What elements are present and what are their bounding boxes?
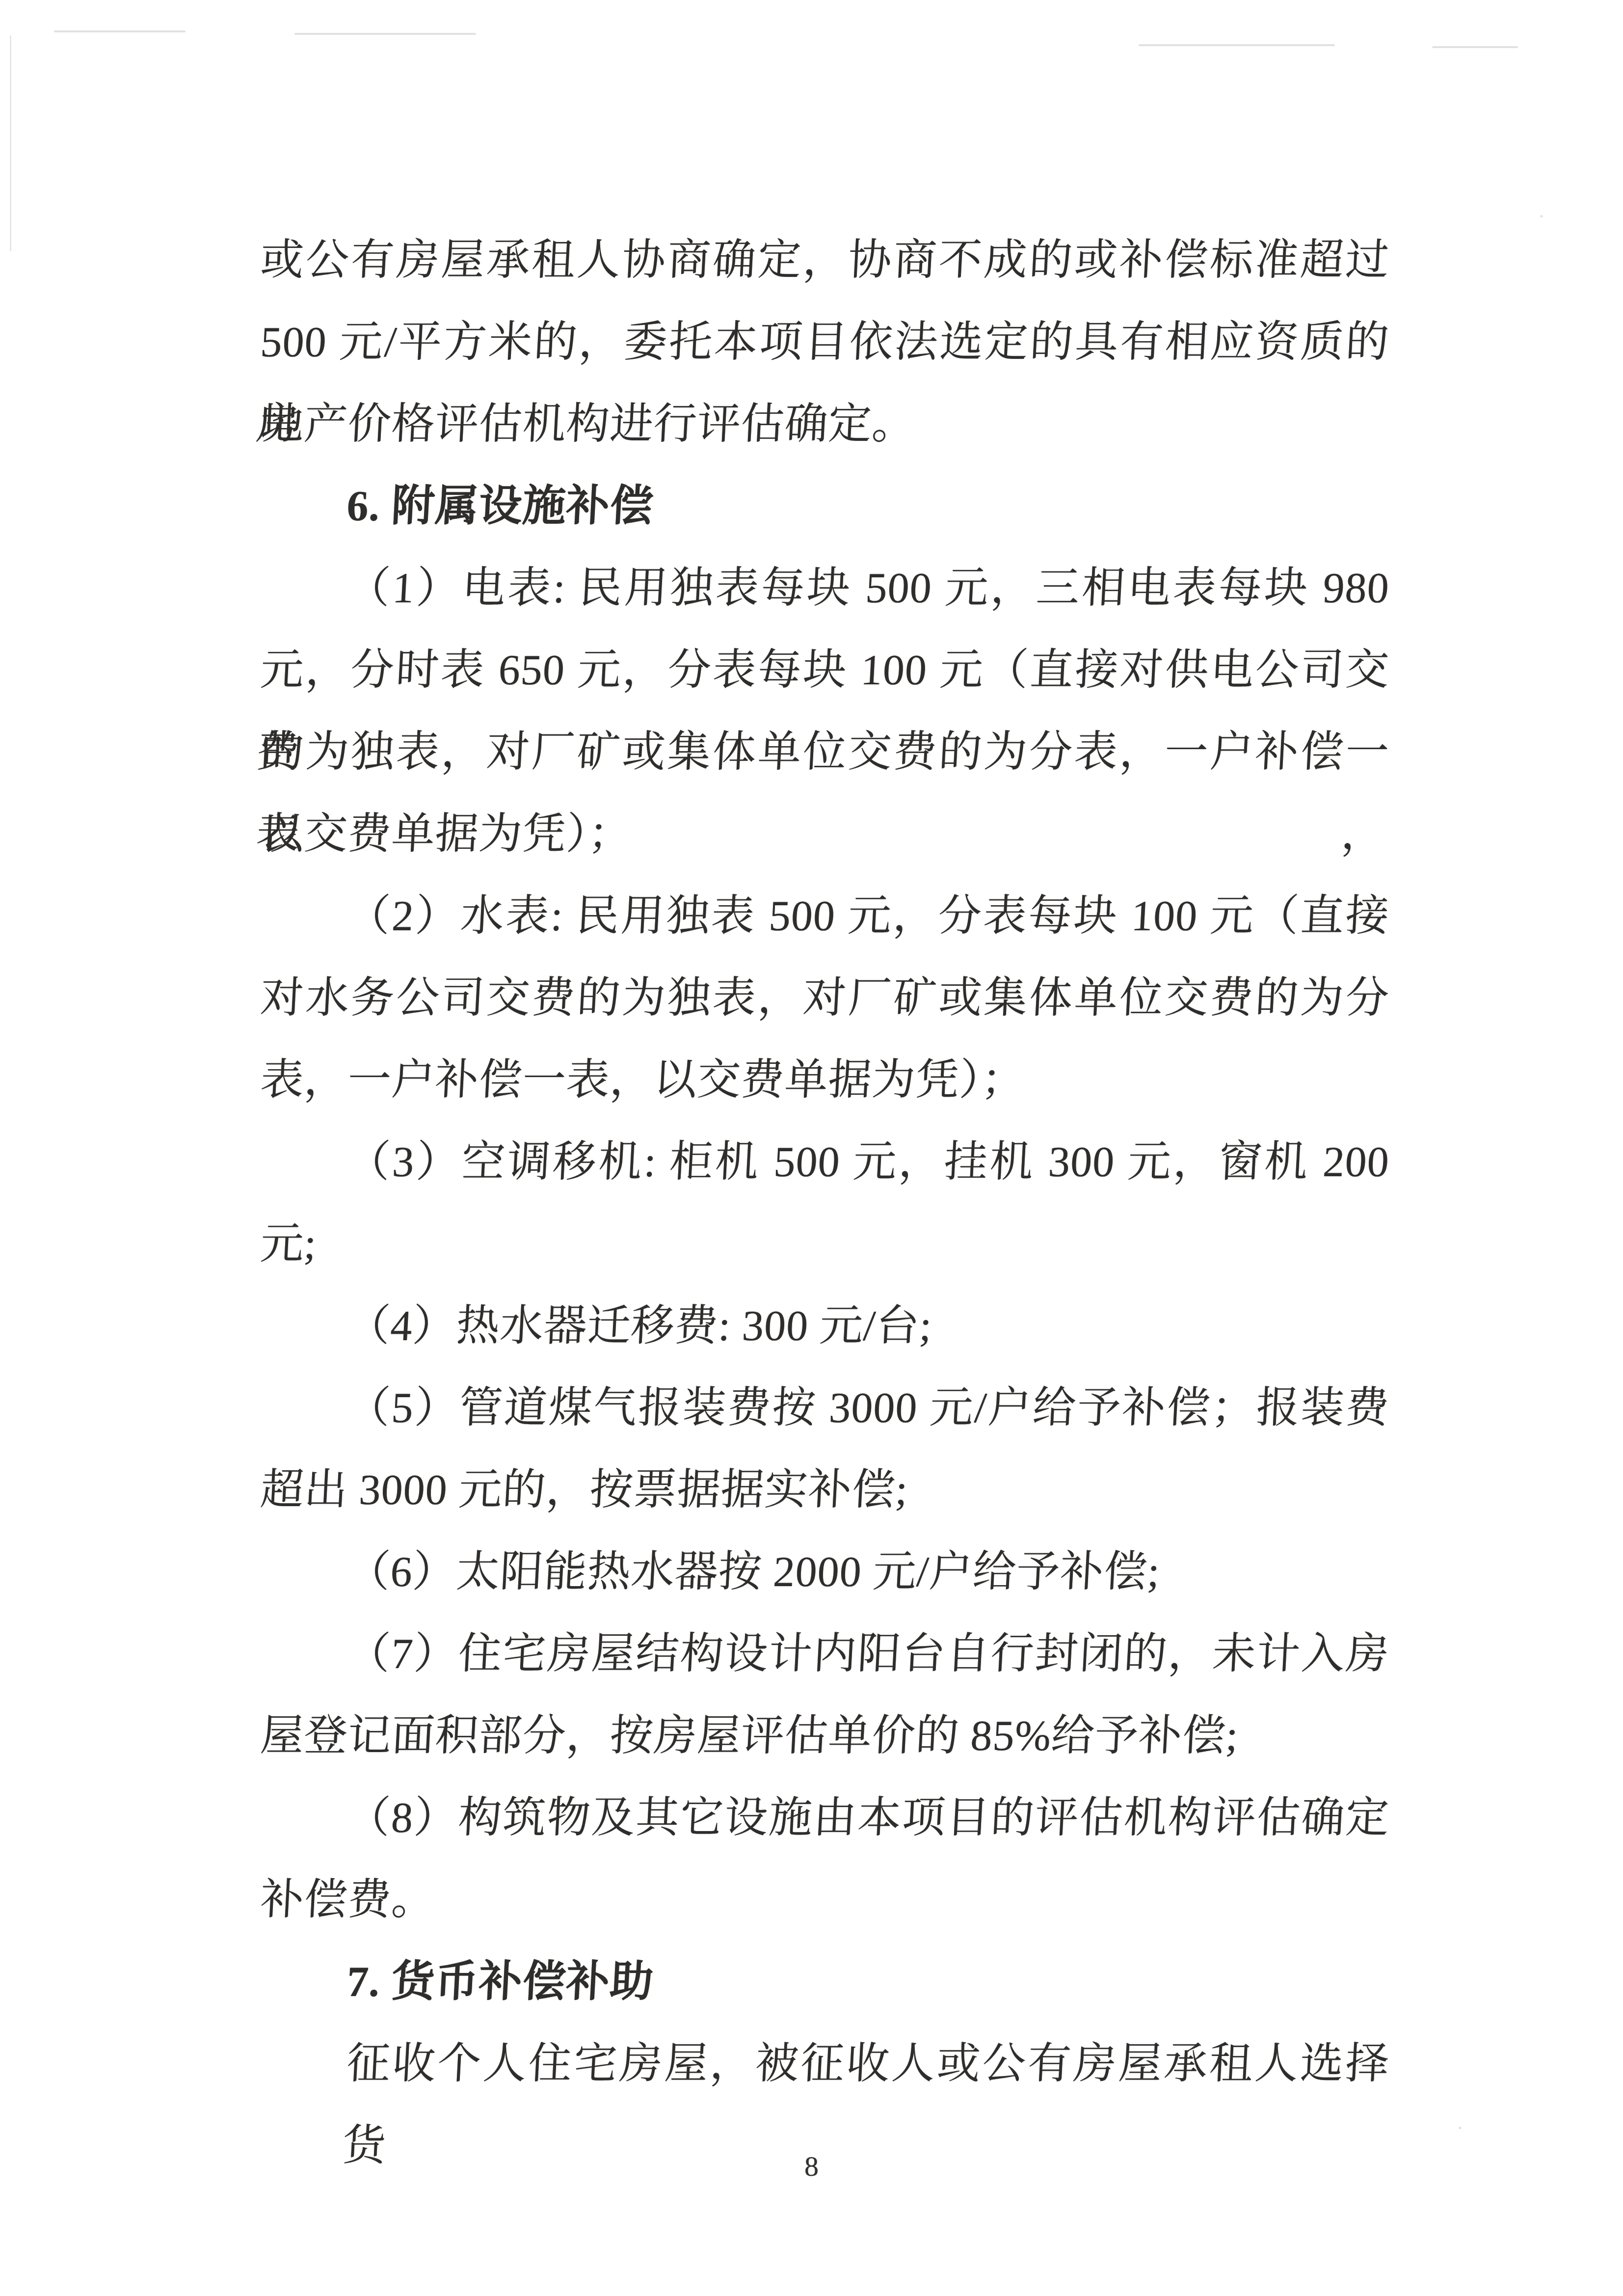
page-number: 8 (0, 2144, 1623, 2188)
text-line: 超出 3000 元的，按票据据实补偿; (258, 1449, 1391, 1531)
text-line: 元; (258, 1203, 1391, 1285)
heading-line: 6. 附属设施补偿 (258, 465, 1391, 547)
text-line: （8）构筑物及其它设施由本项目的评估机构评估确定 (258, 1777, 1391, 1859)
text-line: （6）太阳能热水器按 2000 元/户给予补偿; (258, 1531, 1391, 1613)
text-line: 500 元/平方米的，委托本项目依法选定的具有相应资质的房 (258, 301, 1391, 383)
text-line: 表，一户补偿一表，以交费单据为凭）； (258, 1039, 1391, 1121)
document-lines: 或公有房屋承租人协商确定，协商不成的或补偿标准超过500 元/平方米的，委托本项… (259, 0, 1388, 2105)
text-line: （7）住宅房屋结构设计内阳台自行封闭的，未计入房 (258, 1613, 1391, 1695)
text-line: （3）空调移机: 柜机 500 元，挂机 300 元，窗机 200 (258, 1121, 1391, 1203)
scanned-document-page: 或公有房屋承租人协商确定，协商不成的或补偿标准超过500 元/平方米的，委托本项… (0, 0, 1623, 2296)
text-line: （2）水表: 民用独表 500 元，分表每块 100 元（直接 (258, 875, 1391, 957)
scan-artifact-line (54, 30, 186, 32)
text-line: 的为独表，对厂矿或集体单位交费的为分表，一户补偿一表， (258, 711, 1391, 793)
scan-artifact-line (1432, 46, 1518, 48)
text-line: 对水务公司交费的为独表，对厂矿或集体单位交费的为分 (258, 957, 1391, 1039)
scan-artifact-line (10, 35, 11, 251)
heading-line: 7. 货币补偿补助 (258, 1941, 1391, 2023)
text-line: 或公有房屋承租人协商确定，协商不成的或补偿标准超过 (258, 219, 1391, 301)
text-line: （4）热水器迁移费: 300 元/台; (258, 1285, 1391, 1367)
text-line: 以交费单据为凭）； (258, 793, 1391, 875)
scan-artifact-speck (1540, 215, 1543, 217)
scan-artifact-speck (1459, 2127, 1462, 2129)
text-line: 屋登记面积部分，按房屋评估单价的 85%给予补偿; (258, 1695, 1391, 1777)
text-line: 元，分时表 650 元，分表每块 100 元（直接对供电公司交费 (258, 629, 1391, 711)
text-line: （5）管道煤气报装费按 3000 元/户给予补偿；报装费 (258, 1367, 1391, 1449)
text-line: （1）电表: 民用独表每块 500 元，三相电表每块 980 (258, 547, 1391, 629)
text-line: 征收个人住宅房屋，被征收人或公有房屋承租人选择货 (258, 2023, 1391, 2105)
text-line: 地产价格评估机构进行评估确定。 (258, 383, 1391, 465)
text-line: 补偿费。 (258, 1859, 1391, 1941)
